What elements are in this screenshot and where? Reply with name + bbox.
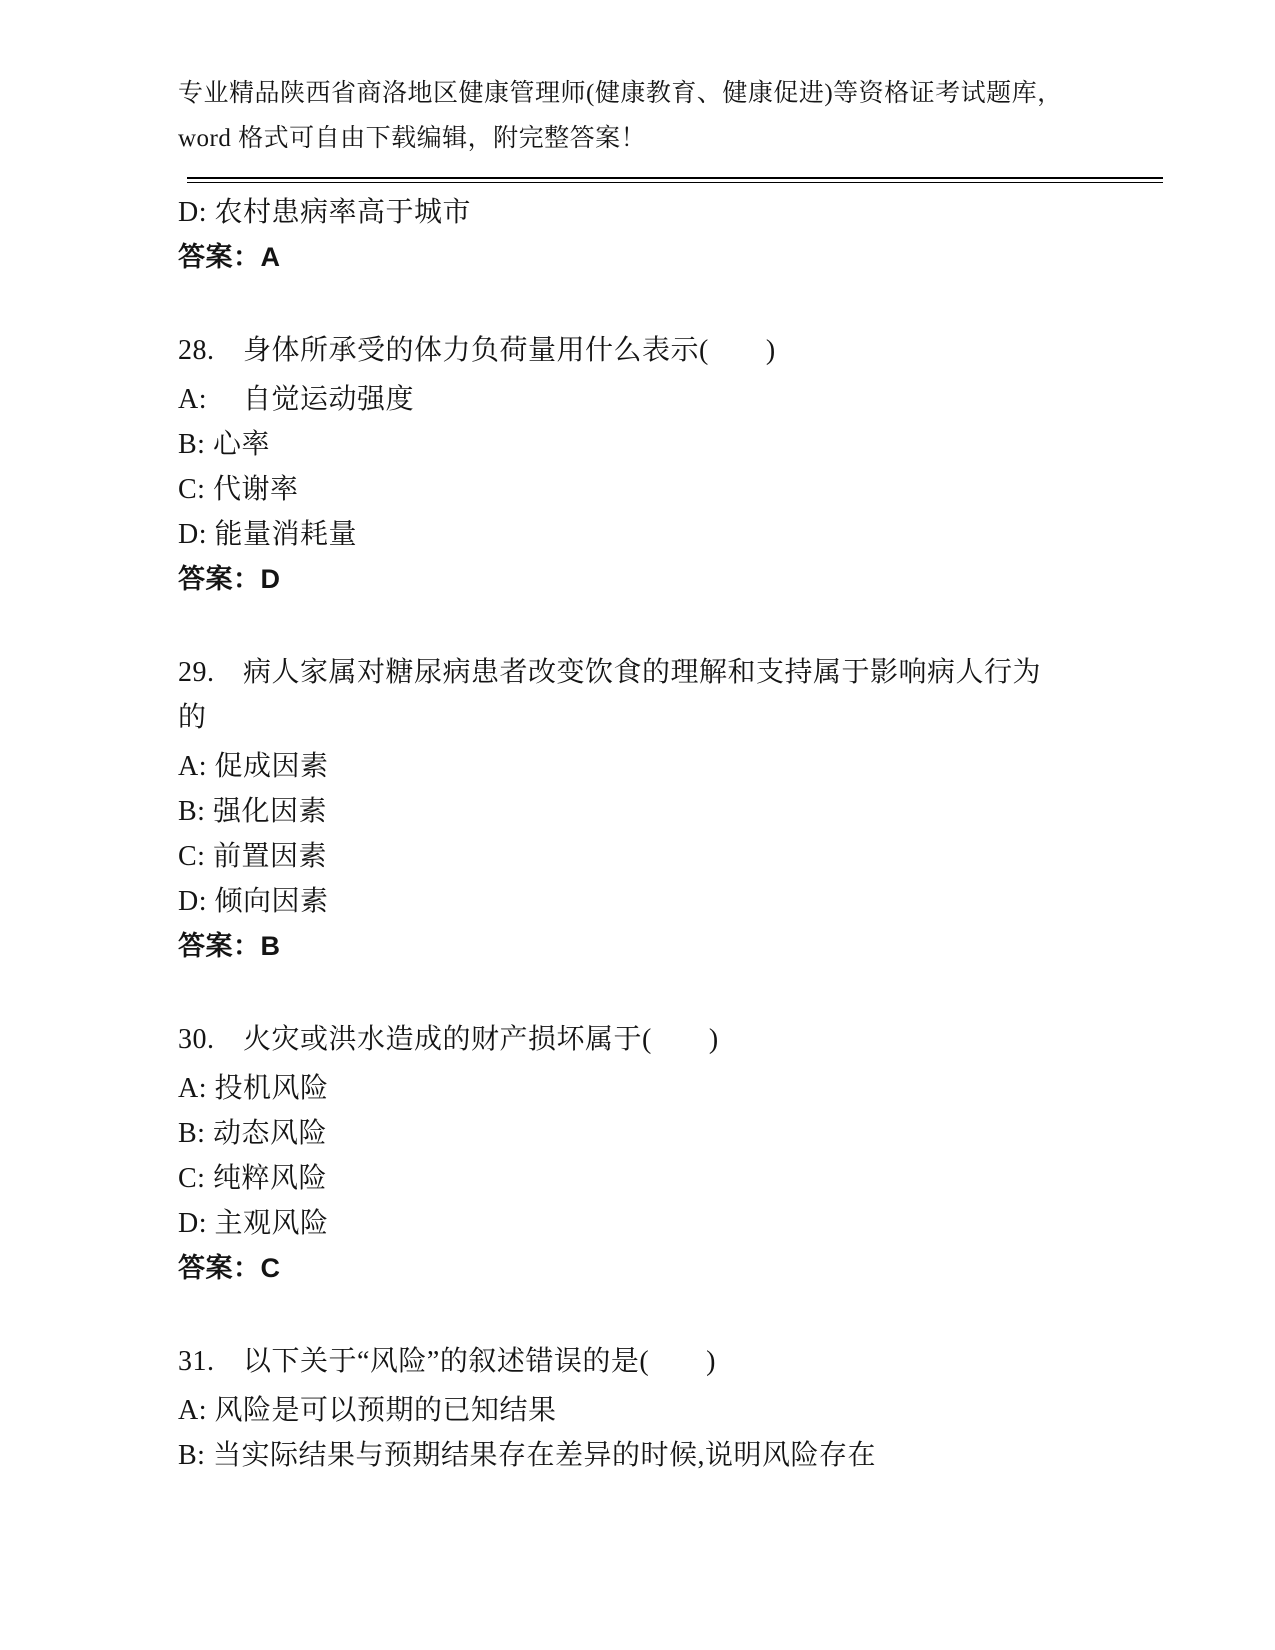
question-title: 31. 以下关于“风险”的叙述错误的是( ): [178, 1339, 1153, 1384]
document-page: 专业精品陕西省商洛地区健康管理师(健康教育、健康促进)等资格证考试题库， wor…: [0, 0, 1275, 1650]
answer-line: 答案：A: [178, 235, 1153, 280]
header-divider-rule: [187, 177, 1163, 183]
option-line-a: A: 自觉运动强度: [178, 377, 1153, 422]
option-line-c: C: 纯粹风险: [178, 1156, 1153, 1201]
option-line-c: C: 前置因素: [178, 834, 1153, 879]
answer-line: 答案：C: [178, 1246, 1153, 1291]
question-title-line: 31. 以下关于“风险”的叙述错误的是( ): [178, 1339, 1153, 1384]
option-line-b: B: 心率: [178, 422, 1153, 467]
answer-line: 答案：D: [178, 557, 1153, 602]
question-title-line: 30. 火灾或洪水造成的财产损坏属于( ): [178, 1017, 1153, 1062]
question-block-continuation: D: 农村患病率高于城市 答案：A: [178, 190, 1153, 280]
option-line-b: B: 动态风险: [178, 1111, 1153, 1156]
option-line-c: C: 代谢率: [178, 467, 1153, 512]
option-line-d: D: 主观风险: [178, 1201, 1153, 1246]
option-line-a: A: 促成因素: [178, 744, 1153, 789]
question-title-wrap-line: 的: [178, 695, 1153, 740]
header-text-line-1: 专业精品陕西省商洛地区健康管理师(健康教育、健康促进)等资格证考试题库，: [178, 71, 1158, 116]
option-line-a: A: 风险是可以预期的已知结果: [178, 1388, 1153, 1433]
option-line-a: A: 投机风险: [178, 1066, 1153, 1111]
option-line-d: D: 能量消耗量: [178, 512, 1153, 557]
header-text-line-2: word 格式可自由下载编辑，附完整答案！: [178, 116, 1158, 161]
question-title-line: 28. 身体所承受的体力负荷量用什么表示( ): [178, 328, 1153, 373]
question-title-line: 29. 病人家属对糖尿病患者改变饮食的理解和支持属于影响病人行为: [178, 650, 1153, 695]
questions-area: D: 农村患病率高于城市 答案：A 28. 身体所承受的体力负荷量用什么表示( …: [178, 190, 1153, 1478]
question-title: 30. 火灾或洪水造成的财产损坏属于( ): [178, 1017, 1153, 1062]
option-line-b: B: 强化因素: [178, 789, 1153, 834]
question-block-28: 28. 身体所承受的体力负荷量用什么表示( ) A: 自觉运动强度 B: 心率 …: [178, 328, 1153, 602]
answer-line: 答案：B: [178, 924, 1153, 969]
question-title: 28. 身体所承受的体力负荷量用什么表示( ): [178, 328, 1153, 373]
question-block-30: 30. 火灾或洪水造成的财产损坏属于( ) A: 投机风险 B: 动态风险 C:…: [178, 1017, 1153, 1291]
option-line-d: D: 倾向因素: [178, 879, 1153, 924]
option-line-b: B: 当实际结果与预期结果存在差异的时候,说明风险存在: [178, 1433, 1153, 1478]
option-line-d: D: 农村患病率高于城市: [178, 190, 1153, 235]
question-block-31: 31. 以下关于“风险”的叙述错误的是( ) A: 风险是可以预期的已知结果 B…: [178, 1339, 1153, 1478]
doc-header: 专业精品陕西省商洛地区健康管理师(健康教育、健康促进)等资格证考试题库， wor…: [178, 71, 1158, 161]
question-title: 29. 病人家属对糖尿病患者改变饮食的理解和支持属于影响病人行为 的: [178, 650, 1153, 740]
question-block-29: 29. 病人家属对糖尿病患者改变饮食的理解和支持属于影响病人行为 的 A: 促成…: [178, 650, 1153, 969]
